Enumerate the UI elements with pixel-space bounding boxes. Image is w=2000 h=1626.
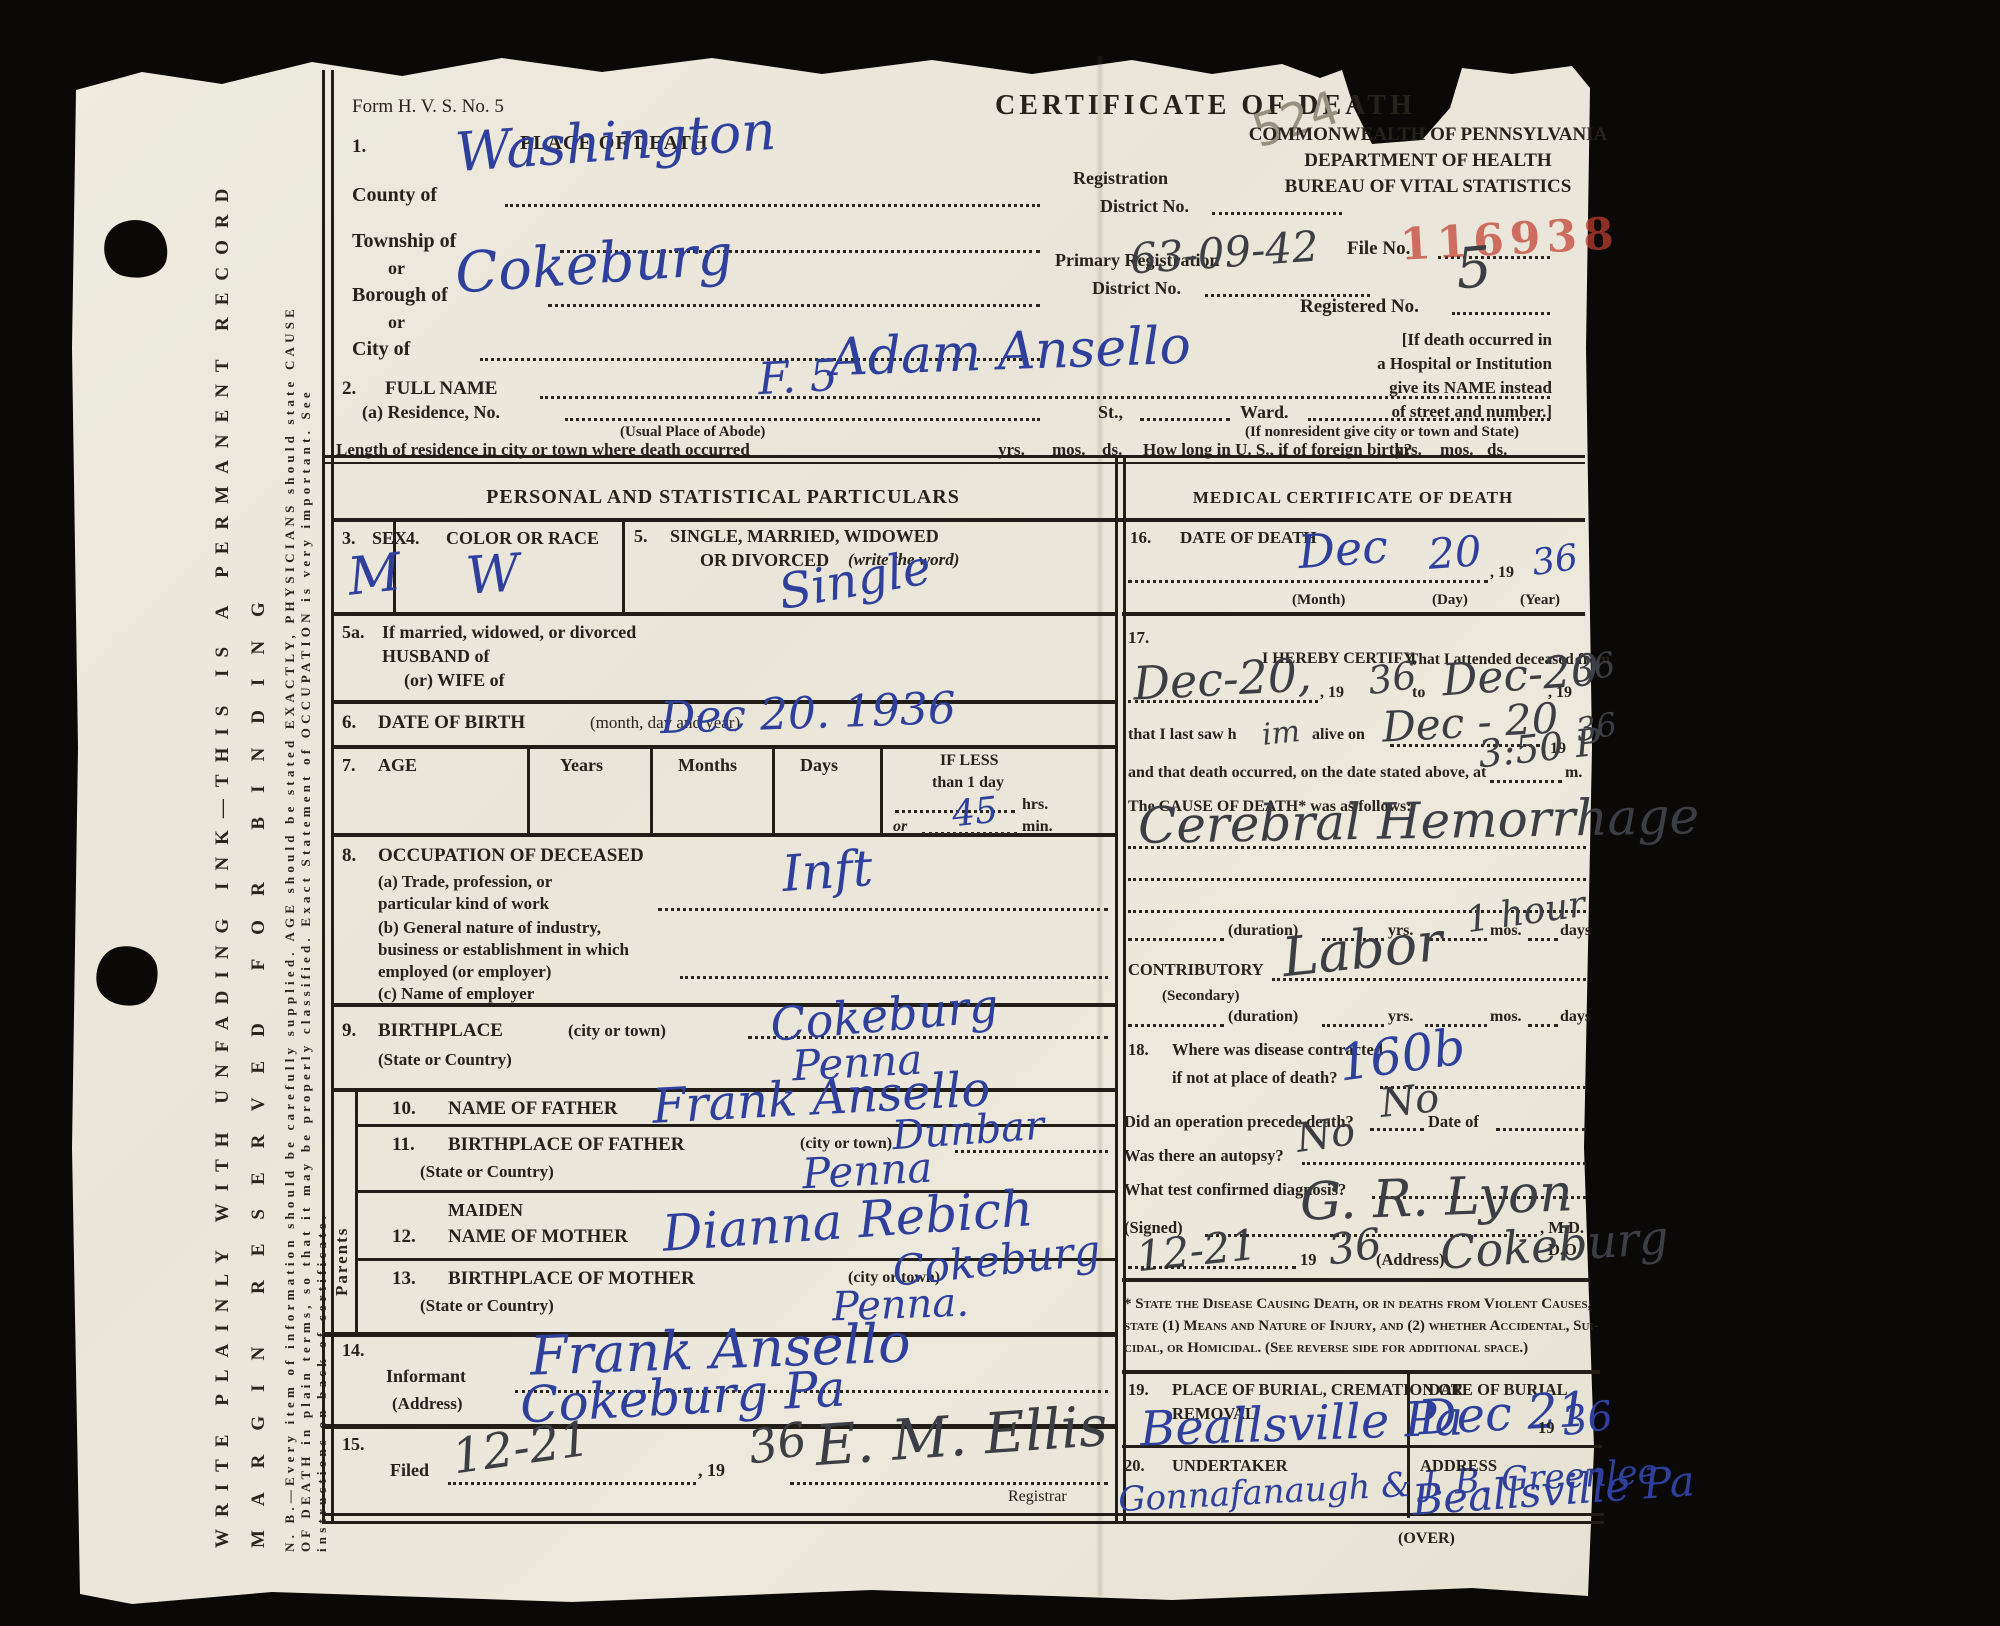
margin-note-1: N. B.—Every item of information should b… [282, 305, 298, 1552]
occurred-label: and that death occurred, on the date sta… [1128, 764, 1486, 782]
age-days-label: Days [800, 755, 838, 776]
duration2-label: (duration) [1228, 1008, 1298, 1026]
duration2-days: days [1560, 1008, 1591, 1026]
parents-label: Parents [332, 1227, 352, 1296]
residence-value: F. 5 [757, 350, 839, 405]
item-5a-number: 5a. [342, 622, 365, 643]
mother-bp-state-label: (State or Country) [420, 1296, 554, 1316]
duration2-mos: mos. [1490, 1008, 1522, 1026]
registration-district-label: District No. [1100, 196, 1189, 217]
item-6-number: 6. [342, 712, 356, 734]
margin-note-2: OF DEATH in plain terms, so that it may … [298, 388, 314, 1552]
length-mos: mos. [1052, 440, 1086, 460]
occupation-c: (c) Name of employer [378, 984, 534, 1004]
item-7-number: 7. [342, 755, 356, 776]
registration-label: Registration [1073, 168, 1168, 189]
city-label: City of [352, 338, 410, 361]
filed-year-prefix: , 19 [698, 1460, 725, 1481]
registered-no-label: Registered No. [1300, 296, 1419, 318]
nonresident-note: (If nonresident give city or town and St… [1245, 424, 1519, 441]
attended-from-value: Dec-20, [1132, 647, 1313, 710]
signed-19: 19 [1300, 1250, 1317, 1270]
dod-month-value: Dec [1296, 519, 1389, 579]
item-14-number: 14. [342, 1340, 365, 1361]
father-label: NAME OF FATHER [448, 1098, 618, 1120]
registered-no-value: 5 [1453, 235, 1494, 303]
dod-day-sub: (Day) [1432, 592, 1468, 609]
dod-year-sub: (Year) [1520, 592, 1560, 609]
dod-month-sub: (Month) [1292, 592, 1345, 609]
residence-label: (a) Residence, No. [362, 402, 500, 423]
footnote-line-3: cidal, or Homicidal. (See reverse side f… [1124, 1340, 1528, 1357]
over-label: (OVER) [1398, 1530, 1455, 1548]
occupation-b1: (b) General nature of industry, [378, 918, 601, 938]
or-less-label: or [893, 818, 907, 836]
dob-value: Dec 20. 1936 [659, 683, 956, 744]
item-9-number: 9. [342, 1020, 356, 1042]
item-3-number: 3. [342, 528, 356, 549]
org-line-2: DEPARTMENT OF HEALTH [1304, 150, 1551, 172]
operation-value: No [1378, 1075, 1442, 1127]
item-17-number: 17. [1128, 628, 1149, 648]
margin-line-reserved-binding: MARGIN RESERVED FOR BINDING [248, 578, 270, 1548]
registrar-label: Registrar [1008, 1488, 1067, 1506]
birthplace-sub: (city or town) [568, 1021, 666, 1041]
or-label-1: or [388, 258, 405, 279]
county-label: County of [352, 184, 437, 207]
dod-year-value: 36 [1529, 537, 1580, 584]
attended-to-label: to [1412, 684, 1425, 702]
occupation-b3: employed (or employer) [378, 962, 551, 982]
husband-label-1: If married, widowed, or divorced [382, 622, 636, 643]
birthplace-label: BIRTHPLACE [378, 1020, 503, 1042]
birthplace-state-label: (State or Country) [378, 1050, 512, 1070]
occupation-a-value: Inft [780, 839, 874, 903]
full-name-value: Adam Ansello [829, 316, 1192, 389]
where-contracted-2: if not at place of death? [1172, 1068, 1337, 1088]
lastsaw-label: that I last saw h [1128, 726, 1236, 744]
hrs-label: hrs. [1022, 796, 1048, 814]
township-label: Township of [352, 230, 456, 253]
hospital-note-1: [If death occurred in [1402, 330, 1552, 350]
race-value: W [464, 543, 522, 607]
item-11-number: 11. [392, 1134, 415, 1156]
age-months-label: Months [678, 755, 737, 776]
occupation-b2: business or establishment in which [378, 940, 629, 960]
file-no-stamp: 116938 [1399, 208, 1621, 270]
death-certificate-scan: WRITE PLAINLY WITH UNFADING INK—THIS IS … [0, 0, 2000, 1626]
signed-address-label: (Address) [1376, 1250, 1444, 1270]
org-line-1: COMMONWEALTH OF PENNSYLVANIA [1249, 124, 1608, 146]
abode-note: (Usual Place of Abode) [620, 424, 765, 441]
hospital-note-3: give its NAME instead [1389, 378, 1552, 398]
mother-bp-label: BIRTHPLACE OF MOTHER [448, 1268, 695, 1290]
length-ds: ds. [1102, 440, 1122, 460]
borough-label: Borough of [352, 284, 448, 307]
lastsaw-alive-label: alive on [1312, 726, 1365, 744]
husband-label-3: (or) WIFE of [404, 670, 505, 691]
length-residence-label: Length of residence in city or town wher… [336, 440, 750, 460]
sex-value: M [345, 542, 404, 607]
item-4-number: 4. [406, 528, 420, 549]
father-bp-state-label: (State or Country) [420, 1162, 554, 1182]
occupation-a1: (a) Trade, profession, or [378, 872, 552, 892]
item-16-number: 16. [1130, 528, 1151, 548]
autopsy-label: Was there an autopsy? [1124, 1146, 1284, 1166]
howlong-mos: mos. [1440, 440, 1474, 460]
item-2-number: 2. [342, 378, 356, 400]
dod-year-prefix: , 19 [1490, 564, 1514, 582]
autopsy-value: No [1293, 1108, 1358, 1162]
margin-line-write-plainly: WRITE PLAINLY WITH UNFADING INK—THIS IS … [212, 177, 234, 1548]
filed-year-value: 36 [744, 1411, 811, 1474]
item-5-number: 5. [634, 526, 648, 547]
st-label: St., [1098, 402, 1123, 423]
informant-label: Informant [386, 1366, 466, 1387]
medical-heading: MEDICAL CERTIFICATE OF DEATH [1193, 488, 1513, 508]
item-19-number: 19. [1128, 1380, 1149, 1400]
ifless-label-1: IF LESS [940, 752, 999, 770]
full-name-label: FULL NAME [385, 378, 497, 400]
item-20-number: 20. [1124, 1456, 1145, 1476]
howlong-yrs: yrs. [1395, 440, 1422, 460]
attended-to-year: 36 [1569, 645, 1619, 692]
informant-address-label: (Address) [392, 1394, 463, 1414]
item-10-number: 10. [392, 1098, 416, 1120]
howlong-label: How long in U. S., if of foreign birth? [1143, 440, 1412, 460]
burial-date-year: 36 [1559, 1393, 1616, 1446]
occupation-a2: particular kind of work [378, 894, 549, 914]
occupation-heading: OCCUPATION OF DECEASED [378, 845, 644, 867]
min-value: 45 [950, 790, 1000, 836]
attended-from-19: , 19 [1320, 684, 1344, 702]
item-13-number: 13. [392, 1268, 416, 1290]
burial-date-19: 19 [1538, 1418, 1555, 1438]
form-number: Form H. V. S. No. 5 [352, 96, 504, 118]
length-yrs: yrs. [998, 440, 1025, 460]
mother-label: NAME OF MOTHER [448, 1226, 628, 1248]
item-1-number: 1. [352, 136, 366, 158]
secondary-label: (Secondary) [1162, 988, 1240, 1005]
husband-label-2: HUSBAND of [382, 646, 490, 667]
contributory-label: CONTRIBUTORY [1128, 960, 1264, 980]
min-label: min. [1022, 818, 1053, 836]
burial-place-value: Beallsville Pa [1139, 1390, 1464, 1457]
age-years-label: Years [560, 755, 603, 776]
ward-label: Ward. [1240, 402, 1289, 423]
cause-of-death-value: Cerebral Hemorrhage [1138, 787, 1700, 855]
duration2-yrs: yrs. [1388, 1008, 1413, 1026]
dod-day-value: 20 [1426, 526, 1483, 579]
lastsaw-him: im [1260, 714, 1301, 753]
age-label: AGE [378, 755, 417, 776]
or-label-2: or [388, 312, 405, 333]
hospital-note-2: a Hospital or Institution [1377, 354, 1552, 374]
page-title: CERTIFICATE OF DEATH [995, 90, 1416, 122]
item-12-number: 12. [392, 1226, 416, 1248]
howlong-ds: ds. [1487, 440, 1507, 460]
item-18-number: 18. [1128, 1040, 1149, 1060]
filed-label: Filed [390, 1460, 429, 1481]
footnote-line-1: * State the Disease Causing Death, or in… [1124, 1296, 1591, 1313]
org-line-3: BUREAU OF VITAL STATISTICS [1285, 176, 1572, 198]
item-15-number: 15. [342, 1434, 365, 1455]
item-8-number: 8. [342, 845, 356, 867]
dob-label: DATE OF BIRTH [378, 712, 525, 734]
maiden-label: MAIDEN [448, 1200, 523, 1221]
personal-heading: PERSONAL AND STATISTICAL PARTICULARS [486, 486, 960, 509]
father-bp-label: BIRTHPLACE OF FATHER [448, 1134, 685, 1156]
footnote-line-2: state (1) Means and Nature of Injury, an… [1124, 1318, 1599, 1335]
